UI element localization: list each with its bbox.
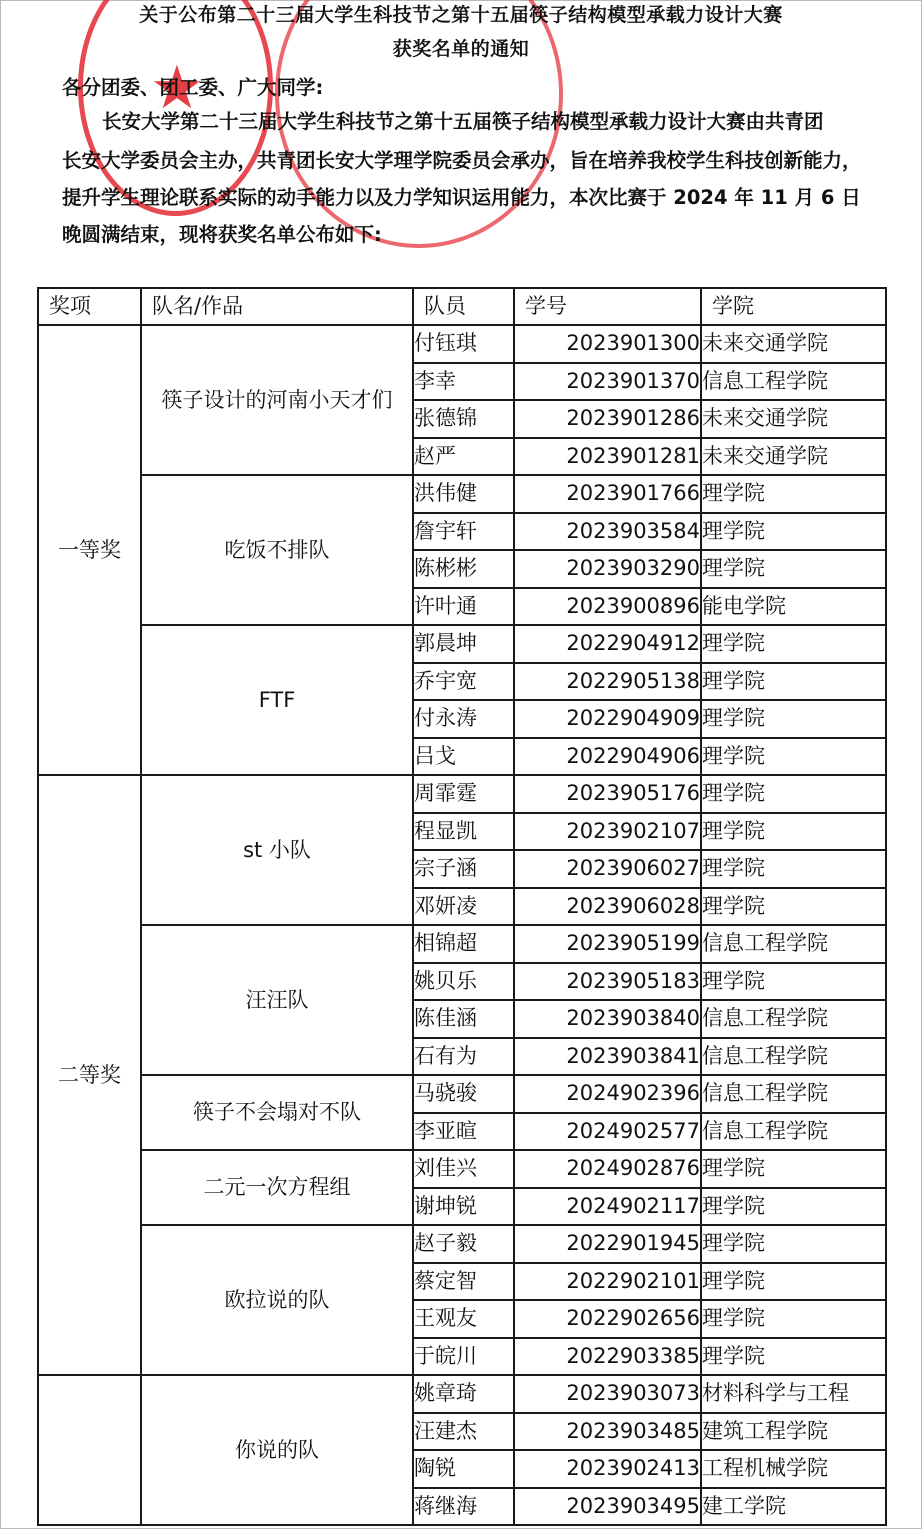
student-id: 2023903840 — [514, 1000, 701, 1038]
award-third-group — [38, 1375, 141, 1525]
member-name: 姚章琦 — [413, 1375, 514, 1413]
table-row: 欧拉说的队 赵子毅 2022901945 理学院 — [38, 1225, 886, 1263]
member-name: 詹宇轩 — [413, 513, 514, 551]
college: 信息工程学院 — [701, 1000, 886, 1038]
college: 理学院 — [701, 963, 886, 1001]
table-row: 汪汪队 相锦超 2023905199 信息工程学院 — [38, 925, 886, 963]
college: 理学院 — [701, 775, 886, 813]
college: 理学院 — [701, 1225, 886, 1263]
table-row: 二元一次方程组 刘佳兴 2024902876 理学院 — [38, 1150, 886, 1188]
team-name: 吃饭不排队 — [141, 475, 413, 625]
member-name: 李亚暄 — [413, 1113, 514, 1151]
team-name: 欧拉说的队 — [141, 1225, 413, 1375]
student-id: 2022905138 — [514, 663, 701, 701]
student-id: 2022904912 — [514, 625, 701, 663]
student-id: 2023903290 — [514, 550, 701, 588]
college: 理学院 — [701, 700, 886, 738]
college: 理学院 — [701, 663, 886, 701]
team-name: 你说的队 — [141, 1375, 413, 1525]
college: 信息工程学院 — [701, 925, 886, 963]
member-name: 汪建杰 — [413, 1413, 514, 1451]
student-id: 2023902413 — [514, 1450, 701, 1488]
member-name: 乔宇宽 — [413, 663, 514, 701]
student-id: 2022903385 — [514, 1338, 701, 1376]
member-name: 石有为 — [413, 1038, 514, 1076]
student-id: 2023901281 — [514, 438, 701, 476]
student-id: 2022902656 — [514, 1300, 701, 1338]
student-id: 2023905199 — [514, 925, 701, 963]
member-name: 付钰琪 — [413, 325, 514, 363]
notice-subtitle: 获奖名单的通知 — [0, 34, 922, 61]
college: 理学院 — [701, 1338, 886, 1376]
student-id: 2023900896 — [514, 588, 701, 626]
table-row: 一等奖 筷子设计的河南小天才们 付钰琪 2023901300 未来交通学院 — [38, 325, 886, 363]
table-row: 筷子不会塌对不队 马骁骏 2024902396 信息工程学院 — [38, 1075, 886, 1113]
student-id: 2022904906 — [514, 738, 701, 776]
college: 未来交通学院 — [701, 438, 886, 476]
body-line-2: 长安大学委员会主办，共青团长安大学理学院委员会承办，旨在培养我校学生科技创新能力… — [62, 145, 862, 173]
member-name: 刘佳兴 — [413, 1150, 514, 1188]
member-name: 陶锐 — [413, 1450, 514, 1488]
member-name: 李幸 — [413, 363, 514, 401]
student-id: 2023905183 — [514, 963, 701, 1001]
college: 理学院 — [701, 513, 886, 551]
member-name: 周霏霆 — [413, 775, 514, 813]
student-id: 2024902117 — [514, 1188, 701, 1226]
member-name: 许叶通 — [413, 588, 514, 626]
member-name: 洪伟健 — [413, 475, 514, 513]
member-name: 陈彬彬 — [413, 550, 514, 588]
award-first-prize: 一等奖 — [38, 325, 141, 775]
student-id: 2023906027 — [514, 850, 701, 888]
student-id: 2023903485 — [514, 1413, 701, 1451]
award-second-prize: 二等奖 — [38, 775, 141, 1375]
team-name: FTF — [141, 625, 413, 775]
student-id: 2022902101 — [514, 1263, 701, 1301]
college: 理学院 — [701, 1300, 886, 1338]
salutation: 各分团委、团工委、广大同学: — [62, 72, 862, 100]
student-id: 2023903841 — [514, 1038, 701, 1076]
student-id: 2023903073 — [514, 1375, 701, 1413]
member-name: 蔡定智 — [413, 1263, 514, 1301]
body-line-1: 长安大学第二十三届大学生科技节之第十五届筷子结构模型承载力设计大赛由共青团 — [102, 106, 902, 134]
member-name: 相锦超 — [413, 925, 514, 963]
header-student-id: 学号 — [514, 288, 701, 325]
member-name: 赵子毅 — [413, 1225, 514, 1263]
member-name: 姚贝乐 — [413, 963, 514, 1001]
team-name: st 小队 — [141, 775, 413, 925]
student-id: 2024902396 — [514, 1075, 701, 1113]
table-row: 吃饭不排队 洪伟健 2023901766 理学院 — [38, 475, 886, 513]
college: 理学院 — [701, 625, 886, 663]
member-name: 吕戈 — [413, 738, 514, 776]
college: 理学院 — [701, 850, 886, 888]
team-name: 筷子设计的河南小天才们 — [141, 325, 413, 475]
member-name: 付永涛 — [413, 700, 514, 738]
college: 信息工程学院 — [701, 363, 886, 401]
student-id: 2024902876 — [514, 1150, 701, 1188]
student-id: 2023903584 — [514, 513, 701, 551]
student-id: 2023901286 — [514, 400, 701, 438]
college: 信息工程学院 — [701, 1113, 886, 1151]
award-table: 奖项 队名/作品 队员 学号 学院 一等奖 筷子设计的河南小天才们 付钰琪 20… — [37, 287, 887, 1526]
header-award: 奖项 — [38, 288, 141, 325]
college: 未来交通学院 — [701, 325, 886, 363]
member-name: 邓妍凌 — [413, 888, 514, 926]
college: 能电学院 — [701, 588, 886, 626]
body-line-4: 晚圆满结束，现将获奖名单公布如下: — [62, 219, 862, 247]
college: 材料科学与工程 — [701, 1375, 886, 1413]
college: 未来交通学院 — [701, 400, 886, 438]
college: 理学院 — [701, 1150, 886, 1188]
member-name: 于皖川 — [413, 1338, 514, 1376]
student-id: 2023902107 — [514, 813, 701, 851]
header-member: 队员 — [413, 288, 514, 325]
table-row: FTF 郭晨坤 2022904912 理学院 — [38, 625, 886, 663]
table-row: 你说的队 姚章琦 2023903073 材料科学与工程 — [38, 1375, 886, 1413]
member-name: 张德锦 — [413, 400, 514, 438]
college: 信息工程学院 — [701, 1075, 886, 1113]
member-name: 程显凯 — [413, 813, 514, 851]
body-line-3: 提升学生理论联系实际的动手能力以及力学知识运用能力，本次比赛于 2024 年 1… — [62, 182, 862, 210]
member-name: 王观友 — [413, 1300, 514, 1338]
college: 工程机械学院 — [701, 1450, 886, 1488]
college: 信息工程学院 — [701, 1038, 886, 1076]
student-id: 2022901945 — [514, 1225, 701, 1263]
student-id: 2023906028 — [514, 888, 701, 926]
college: 理学院 — [701, 550, 886, 588]
college: 建工学院 — [701, 1488, 886, 1526]
member-name: 陈佳涵 — [413, 1000, 514, 1038]
student-id: 2023903495 — [514, 1488, 701, 1526]
member-name: 蒋继海 — [413, 1488, 514, 1526]
team-name: 筷子不会塌对不队 — [141, 1075, 413, 1150]
college: 理学院 — [701, 738, 886, 776]
college: 理学院 — [701, 888, 886, 926]
student-id: 2023905176 — [514, 775, 701, 813]
team-name: 汪汪队 — [141, 925, 413, 1075]
college: 理学院 — [701, 813, 886, 851]
member-name: 宗子涵 — [413, 850, 514, 888]
header-college: 学院 — [701, 288, 886, 325]
member-name: 赵严 — [413, 438, 514, 476]
student-id: 2023901300 — [514, 325, 701, 363]
student-id: 2022904909 — [514, 700, 701, 738]
student-id: 2023901370 — [514, 363, 701, 401]
college: 理学院 — [701, 475, 886, 513]
notice-title: 关于公布第二十三届大学生科技节之第十五届筷子结构模型承载力设计大赛 — [0, 0, 922, 27]
member-name: 谢坤锐 — [413, 1188, 514, 1226]
college: 建筑工程学院 — [701, 1413, 886, 1451]
team-name: 二元一次方程组 — [141, 1150, 413, 1225]
member-name: 马骁骏 — [413, 1075, 514, 1113]
college: 理学院 — [701, 1263, 886, 1301]
student-id: 2023901766 — [514, 475, 701, 513]
college: 理学院 — [701, 1188, 886, 1226]
header-team: 队名/作品 — [141, 288, 413, 325]
student-id: 2024902577 — [514, 1113, 701, 1151]
member-name: 郭晨坤 — [413, 625, 514, 663]
table-header-row: 奖项 队名/作品 队员 学号 学院 — [38, 288, 886, 325]
table-row: 二等奖 st 小队 周霏霆 2023905176 理学院 — [38, 775, 886, 813]
